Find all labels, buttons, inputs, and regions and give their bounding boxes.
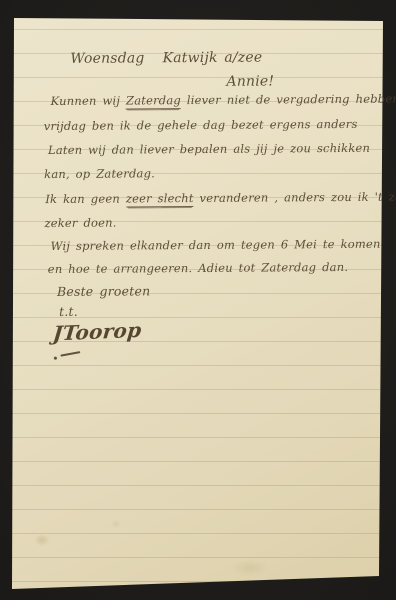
dateline-place: Katwijk a/zee	[162, 50, 262, 67]
salutation: Annie!	[226, 73, 274, 89]
valediction: t.t.	[59, 304, 78, 319]
line-segment: liever niet de vergadering hebben	[181, 92, 396, 108]
letter-line: Wij spreken elkander dan om tegen 6 Mei …	[51, 237, 381, 253]
letter-line: Laten wij dan liever bepalen als jij je …	[48, 141, 370, 157]
line-segment: Ik kan geen	[45, 192, 126, 207]
signature-flourish-mark	[60, 351, 80, 357]
letter-line: vrijdag ben ik de gehele dag bezet ergen…	[44, 117, 358, 133]
photographed-letter: WoensdagKatwijk a/zee Annie! Kunnen wij …	[0, 0, 396, 600]
underlined-word: Zaterdag	[126, 93, 181, 109]
signature: JToorop	[52, 318, 143, 346]
line-segment: Kunnen wij	[51, 93, 126, 108]
letter-line: Ik kan geen zeer slecht veranderen , and…	[45, 190, 396, 206]
dateline: WoensdagKatwijk a/zee	[70, 50, 262, 67]
dateline-day: Woensdag	[70, 50, 144, 67]
letter-line: kan, op Zaterdag.	[44, 166, 155, 181]
letter-line: en hoe te arrangeeren. Adieu tot Zaterda…	[48, 260, 348, 276]
letter-line: zeker doen.	[44, 216, 116, 231]
handwriting-layer: WoensdagKatwijk a/zee Annie! Kunnen wij …	[0, 0, 396, 600]
letter-line: Kunnen wij Zaterdag liever niet de verga…	[51, 92, 396, 108]
closing-greeting: Beste groeten	[57, 283, 150, 299]
line-segment: veranderen , anders zou ik 't ze	[194, 190, 396, 205]
underlined-word: zeer slecht	[126, 191, 194, 207]
